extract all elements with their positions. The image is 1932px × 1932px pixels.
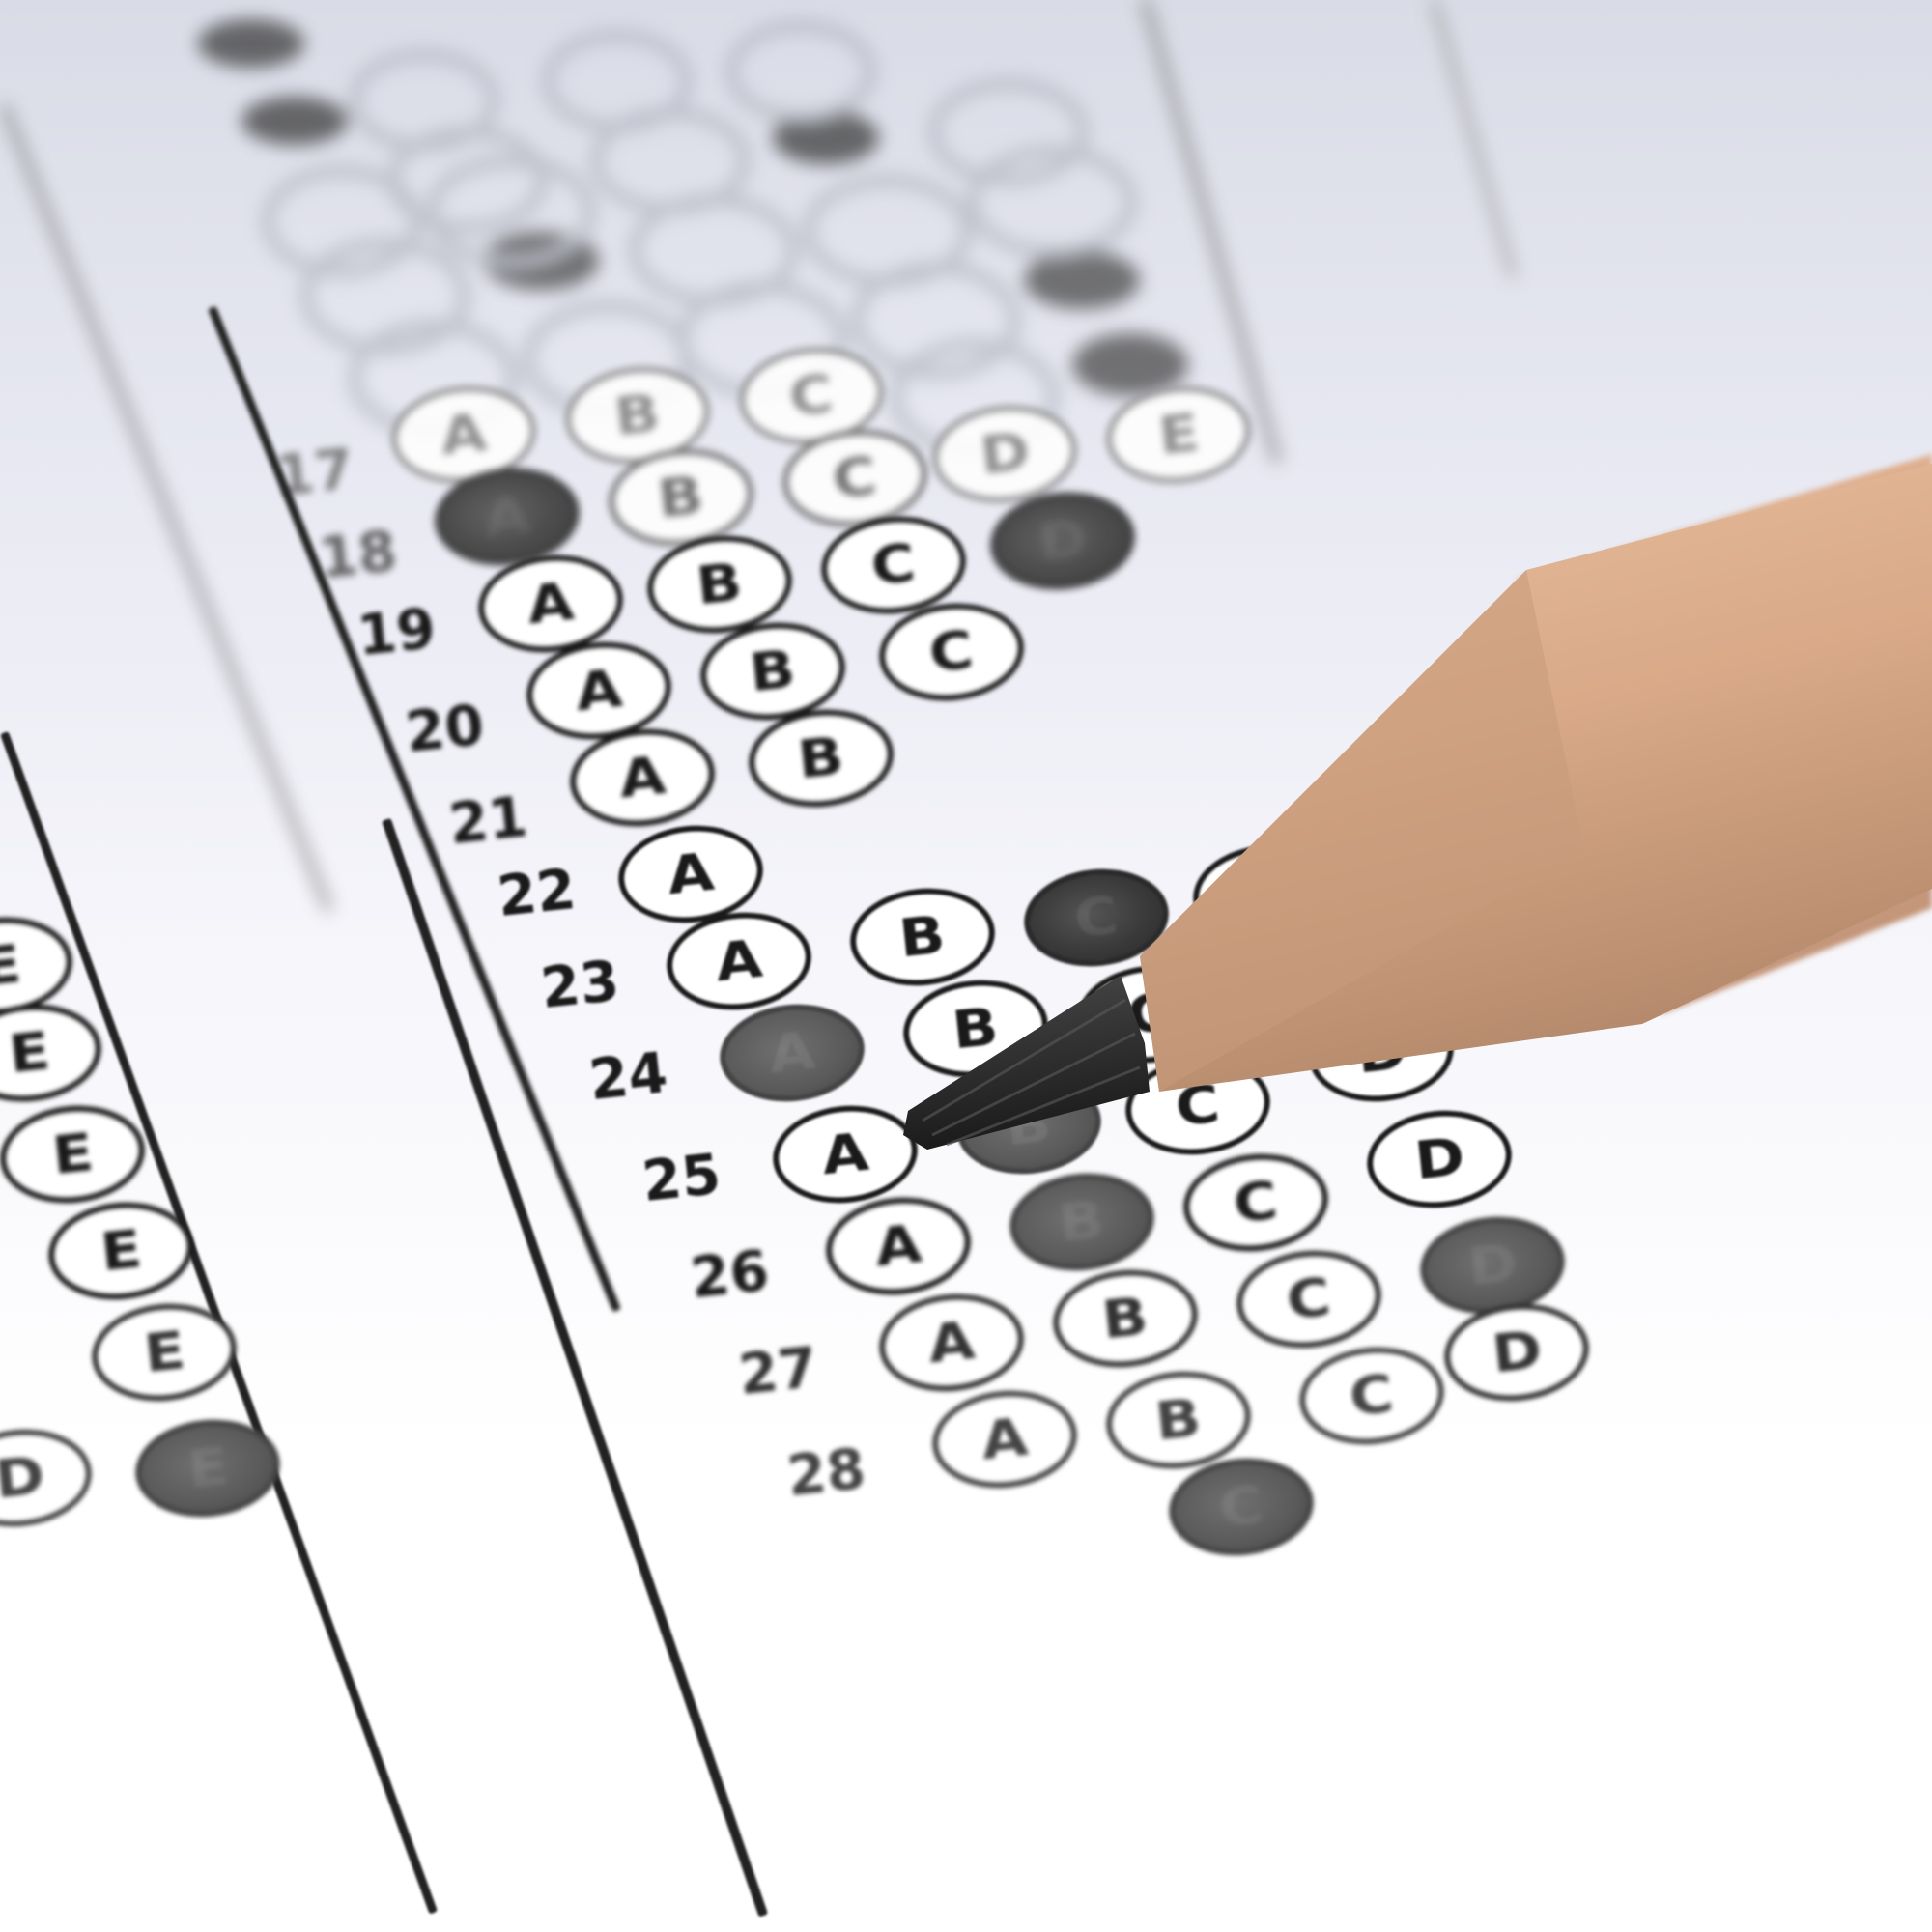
photo-scene: 17 A B C D E 18 A B C D 19 A B C 20 A B … [0,0,1932,1932]
pencil [0,0,1932,1932]
pencil-graphite-tip [903,976,1150,1150]
